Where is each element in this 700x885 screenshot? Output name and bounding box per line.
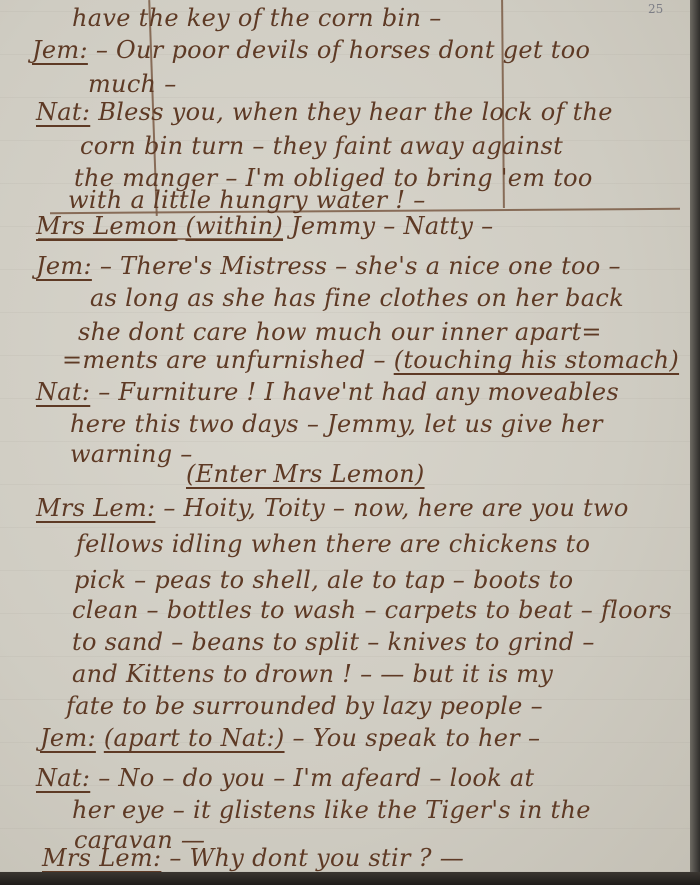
line-text: Jemmy – Natty –: [291, 212, 493, 240]
line-text: Bless you, when they hear the lock of th…: [98, 98, 613, 126]
manuscript-line: and Kittens to drown ! – — but it is my: [72, 660, 553, 688]
manuscript-line: Mrs Lemon (within) Jemmy – Natty –: [36, 212, 493, 240]
line-text: – Why dont you stir ? —: [169, 844, 464, 872]
speaker-name: Mrs Lem:: [36, 494, 155, 522]
manuscript-line: Nat: Bless you, when they hear the lock …: [36, 98, 613, 126]
line-text: – Hoity, Toity – now, here are you two: [163, 494, 628, 522]
stage-direction: (apart to Nat:): [104, 724, 285, 752]
line-text: clean – bottles to wash – carpets to bea…: [72, 596, 672, 624]
speaker-name: Mrs Lem:: [42, 844, 161, 872]
manuscript-line: Nat: – No – do you – I'm afeard – look a…: [36, 764, 534, 792]
page-number: 25: [648, 2, 663, 16]
line-text: much –: [88, 70, 177, 98]
manuscript-line: her eye – it glistens like the Tiger's i…: [72, 796, 591, 824]
line-text: warning –: [70, 440, 193, 468]
speaker-name: Jem:: [36, 252, 92, 280]
manuscript-line: Jem: – Our poor devils of horses dont ge…: [32, 36, 590, 64]
manuscript-line: corn bin turn – they faint away against: [80, 132, 563, 160]
manuscript-line: have the key of the corn bin –: [72, 4, 442, 32]
line-text: =ments are unfurnished –: [62, 346, 386, 374]
line-text: corn bin turn – they faint away against: [80, 132, 563, 160]
stage-direction: (Enter Mrs Lemon): [186, 460, 425, 488]
speaker-name: Jem:: [32, 36, 88, 64]
manuscript-line: Mrs Lem: – Why dont you stir ? —: [42, 844, 464, 872]
manuscript-line: pick – peas to shell, ale to tap – boots…: [74, 566, 573, 594]
line-text: have the key of the corn bin –: [72, 4, 442, 32]
line-text: – There's Mistress – she's a nice one to…: [100, 252, 621, 280]
speaker-name: Nat:: [36, 764, 90, 792]
line-text: – You speak to her –: [292, 724, 540, 752]
stage-direction: (touching his stomach): [394, 346, 679, 374]
line-text: her eye – it glistens like the Tiger's i…: [72, 796, 591, 824]
speaker-name: Nat:: [36, 98, 90, 126]
manuscript-line: fate to be surrounded by lazy people –: [66, 692, 543, 720]
page-bottom-edge: [0, 872, 700, 885]
line-text: here this two days – Jemmy, let us give …: [70, 410, 603, 438]
speaker-name: Mrs Lemon: [36, 212, 178, 240]
line-text: she dont care how much our inner apart=: [78, 318, 602, 346]
manuscript-line: here this two days – Jemmy, let us give …: [70, 410, 603, 438]
line-text: – Furniture ! I have'nt had any moveable…: [98, 378, 619, 406]
line-text: – No – do you – I'm afeard – look at: [98, 764, 534, 792]
line-text: – Our poor devils of horses dont get too: [96, 36, 590, 64]
manuscript-line: warning –: [70, 440, 193, 468]
line-text: with a little hungry water ! –: [68, 186, 426, 214]
manuscript-line: (Enter Mrs Lemon): [186, 460, 425, 488]
line-text: as long as she has fine clothes on her b…: [90, 284, 624, 312]
manuscript-line: fellows idling when there are chickens t…: [76, 530, 590, 558]
manuscript-line: =ments are unfurnished – (touching his s…: [62, 346, 679, 374]
manuscript-line: much –: [88, 70, 177, 98]
manuscript-line: as long as she has fine clothes on her b…: [90, 284, 624, 312]
line-text: fate to be surrounded by lazy people –: [66, 692, 543, 720]
speaker-name: Nat:: [36, 378, 90, 406]
line-text: fellows idling when there are chickens t…: [76, 530, 590, 558]
manuscript-line: Jem: (apart to Nat:) – You speak to her …: [40, 724, 540, 752]
line-text: pick – peas to shell, ale to tap – boots…: [74, 566, 573, 594]
manuscript-line: Mrs Lem: – Hoity, Toity – now, here are …: [36, 494, 629, 522]
stage-direction: (within): [185, 212, 283, 240]
page-edge-shadow: [690, 0, 700, 885]
manuscript-line: she dont care how much our inner apart=: [78, 318, 602, 346]
manuscript-line: with a little hungry water ! –: [68, 186, 426, 214]
manuscript-line: clean – bottles to wash – carpets to bea…: [72, 596, 672, 624]
line-text: and Kittens to drown ! – — but it is my: [72, 660, 553, 688]
manuscript-page: 25 have the key of the corn bin – Jem: –…: [0, 0, 690, 872]
manuscript-line: to sand – beans to split – knives to gri…: [72, 628, 595, 656]
speaker-name: Jem:: [40, 724, 96, 752]
manuscript-line: Jem: – There's Mistress – she's a nice o…: [36, 252, 621, 280]
line-text: to sand – beans to split – knives to gri…: [72, 628, 595, 656]
manuscript-line: Nat: – Furniture ! I have'nt had any mov…: [36, 378, 619, 406]
